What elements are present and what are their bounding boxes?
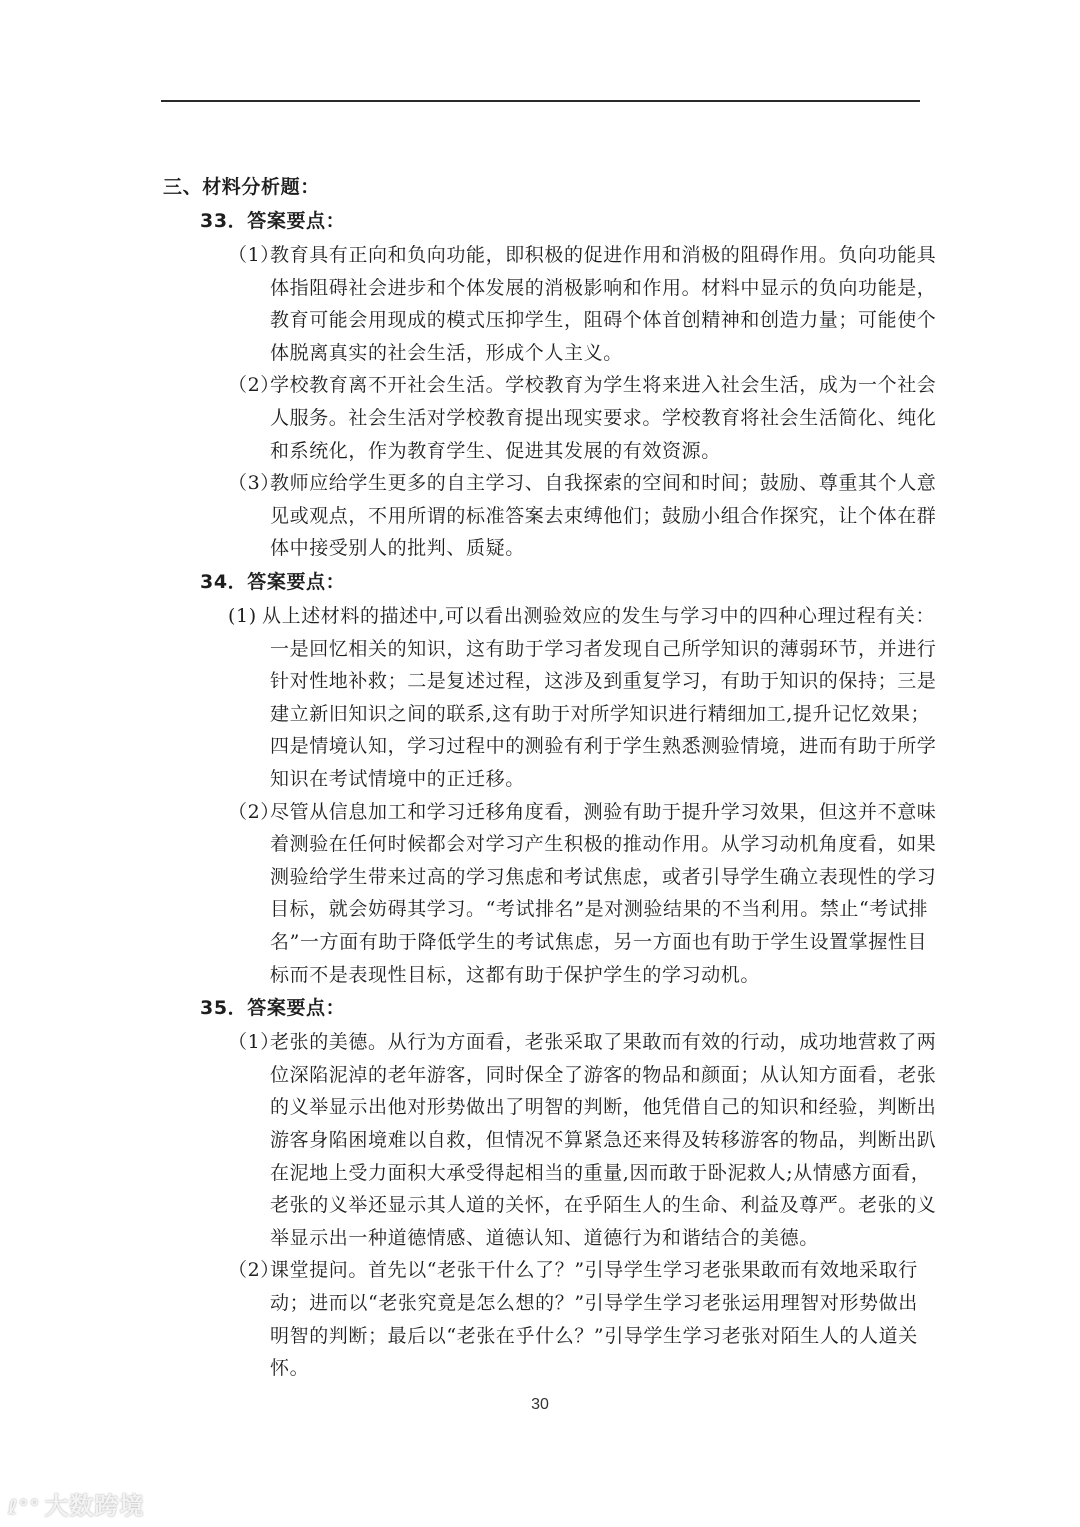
watermark: ℓ°°大数跨境 — [8, 1486, 144, 1521]
point-text-line: 教师应给学生更多的自主学习、自我探索的空间和时间；鼓励、尊重其个人意 — [270, 472, 936, 494]
point-text-line: 老张的美德。从行为方面看，老张采取了果敢而有效的行动，成功地营救了两 — [270, 1031, 936, 1053]
point-label: (1) — [228, 605, 262, 627]
point-text-line: 举显示出一种道德情感、道德认知、道德行为和谐结合的美德。 — [270, 1227, 819, 1249]
point-text-line: 体指阻碍社会进步和个体发展的消极影响和作用。材料中显示的负向功能是， — [270, 277, 936, 299]
point-label: （3） — [228, 472, 270, 494]
point-text-line: 教育可能会用现成的模式压抑学生，阻碍个体首创精神和创造力量；可能使个 — [270, 309, 936, 331]
answer-point: （2）学校教育离不开社会生活。学校教育为学生将来进入社会生活，成为一个社会 — [228, 374, 936, 396]
question-heading: 33．答案要点： — [200, 210, 345, 232]
question-heading: 34．答案要点： — [200, 571, 345, 593]
point-text-line: 着测验在任何时候都会对学习产生积极的推动作用。从学习动机角度看，如果 — [270, 833, 936, 855]
point-text-line: 人服务。社会生活对学校教育提出现实要求。学校教育将社会生活简化、纯化 — [270, 407, 936, 429]
point-text-line: 建立新旧知识之间的联系,这有助于对所学知识进行精细加工,提升记忆效果； — [270, 703, 930, 725]
point-label: （1） — [228, 1031, 270, 1053]
point-text-line: 针对性地补救；二是复述过程，这涉及到重复学习，有助于知识的保持；三是 — [270, 670, 936, 692]
point-text-line: 从上述材料的描述中,可以看出测验效应的发生与学习中的四种心理过程有关： — [262, 605, 935, 627]
point-text-line: 游客身陷困境难以自救，但情况不算紧急还来得及转移游客的物品，判断出趴 — [270, 1129, 936, 1151]
point-label: （2） — [228, 801, 270, 823]
watermark-logo-icon: ℓ°° — [8, 1495, 40, 1519]
point-text-line: 怀。 — [270, 1357, 309, 1379]
answer-point: （2）尽管从信息加工和学习迁移角度看，测验有助于提升学习效果，但这并不意味 — [228, 801, 936, 823]
point-text-line: 学校教育离不开社会生活。学校教育为学生将来进入社会生活，成为一个社会 — [270, 374, 936, 396]
answer-point: （3）教师应给学生更多的自主学习、自我探索的空间和时间；鼓励、尊重其个人意 — [228, 472, 936, 494]
section-title: 三、材料分析题： — [163, 176, 320, 198]
point-text-line: 测验给学生带来过高的学习焦虑和考试焦虑，或者引导学生确立表现性的学习 — [270, 866, 936, 888]
point-label: （2） — [228, 374, 270, 396]
point-text-line: 教育具有正向和负向功能，即积极的促进作用和消极的阻碍作用。负向功能具 — [270, 244, 936, 266]
answer-point: （1）老张的美德。从行为方面看，老张采取了果敢而有效的行动，成功地营救了两 — [228, 1031, 936, 1053]
point-text-line: 老张的义举还显示其人道的关怀，在乎陌生人的生命、利益及尊严。老张的义 — [270, 1194, 936, 1216]
answer-point: (1)从上述材料的描述中,可以看出测验效应的发生与学习中的四种心理过程有关： — [228, 605, 935, 627]
point-text-line: 四是情境认知，学习过程中的测验有利于学生熟悉测验情境，进而有助于所学 — [270, 735, 936, 757]
point-text-line: 明智的判断；最后以“老张在乎什么？”引导学生学习老张对陌生人的人道关 — [270, 1325, 918, 1347]
point-text-line: 的义举显示出他对形势做出了明智的判断，他凭借自己的知识和经验，判断出 — [270, 1096, 936, 1118]
point-text-line: 课堂提问。首先以“老张干什么了？”引导学生学习老张果敢而有效地采取行 — [270, 1259, 918, 1281]
point-text-line: 尽管从信息加工和学习迁移角度看，测验有助于提升学习效果，但这并不意味 — [270, 801, 936, 823]
point-text-line: 位深陷泥淖的老年游客，同时保全了游客的物品和颜面；从认知方面看，老张 — [270, 1064, 936, 1086]
header-rule — [161, 100, 920, 102]
point-text-line: 体中接受别人的批判、质疑。 — [270, 537, 525, 559]
page-number: 30 — [0, 1396, 1080, 1414]
point-text-line: 动；进而以“老张究竟是怎么想的？”引导学生学习老张运用理智对形势做出 — [270, 1292, 918, 1314]
point-label: （1） — [228, 244, 270, 266]
point-text-line: 名”一方面有助于降低学生的考试焦虑，另一方面也有助于学生设置掌握性目 — [270, 931, 927, 953]
point-text-line: 一是回忆相关的知识，这有助于学习者发现自己所学知识的薄弱环节，并进行 — [270, 638, 936, 660]
point-text-line: 标而不是表现性目标，这都有助于保护学生的学习动机。 — [270, 964, 760, 986]
point-label: （2） — [228, 1259, 270, 1281]
answer-point: （1）教育具有正向和负向功能，即积极的促进作用和消极的阻碍作用。负向功能具 — [228, 244, 936, 266]
point-text-line: 和系统化，作为教育学生、促进其发展的有效资源。 — [270, 440, 721, 462]
watermark-text: 大数跨境 — [44, 1492, 144, 1520]
question-heading: 35．答案要点： — [200, 997, 345, 1019]
point-text-line: 目标，就会妨碍其学习。“考试排名”是对测验结果的不当利用。禁止“考试排 — [270, 898, 928, 920]
point-text-line: 见或观点，不用所谓的标准答案去束缚他们；鼓励小组合作探究，让个体在群 — [270, 505, 936, 527]
point-text-line: 在泥地上受力面积大承受得起相当的重量,因而敢于卧泥救人;从情感方面看， — [270, 1162, 930, 1184]
point-text-line: 知识在考试情境中的正迁移。 — [270, 768, 525, 790]
answer-point: （2）课堂提问。首先以“老张干什么了？”引导学生学习老张果敢而有效地采取行 — [228, 1259, 918, 1281]
point-text-line: 体脱离真实的社会生活，形成个人主义。 — [270, 342, 623, 364]
